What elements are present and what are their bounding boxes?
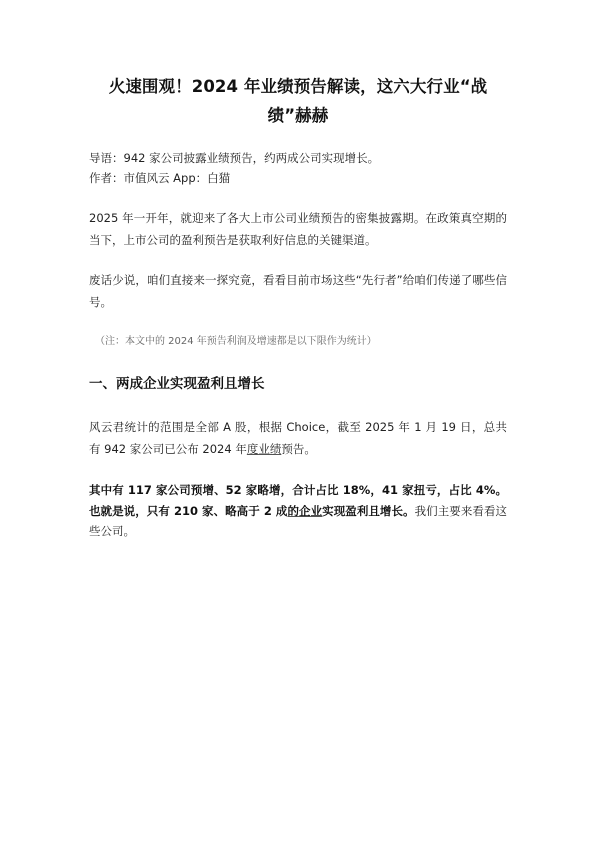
paragraph-key-stats: 其中有 117 家公司预增、52 家略增，合计占比 18%，41 家扭亏，占比 …	[89, 480, 507, 542]
article-title: 火速围观！2024 年业绩预告解读，这六大行业“战绩”赫赫	[89, 72, 507, 130]
paragraph-transition: 废话少说，咱们直接来一探究竟，看看目前市场这些“先行者”给咱们传递了哪些信号。	[89, 270, 507, 313]
section-heading: 一、两成企业实现盈利且增长	[89, 373, 265, 395]
paragraph-scope: 风云君统计的范围是全部 A 股，根据 Choice，截至 2025 年 1 月 …	[89, 417, 507, 460]
statistics-note: （注：本文中的 2024 年预告利润及增速都是以下限作为统计）	[95, 334, 377, 350]
paragraph-intro: 2025 年一开年，就迎来了各大上市公司业绩预告的密集披露期。在政策真空期的当下…	[89, 208, 507, 251]
lead-author: 作者：市值风云 App：白猫	[89, 169, 507, 189]
article-lead: 导语：942 家公司披露业绩预告，约两成公司实现增长。 作者：市值风云 App：…	[89, 149, 507, 188]
scope-underlined-text: 度业绩	[247, 442, 282, 456]
scope-text-end: 预告。	[281, 442, 316, 456]
key-stats-bold-underlined: 的企业	[287, 504, 322, 518]
key-stats-bold-end: 实现盈利且增长。	[322, 504, 414, 518]
lead-summary: 导语：942 家公司披露业绩预告，约两成公司实现增长。	[89, 149, 507, 169]
